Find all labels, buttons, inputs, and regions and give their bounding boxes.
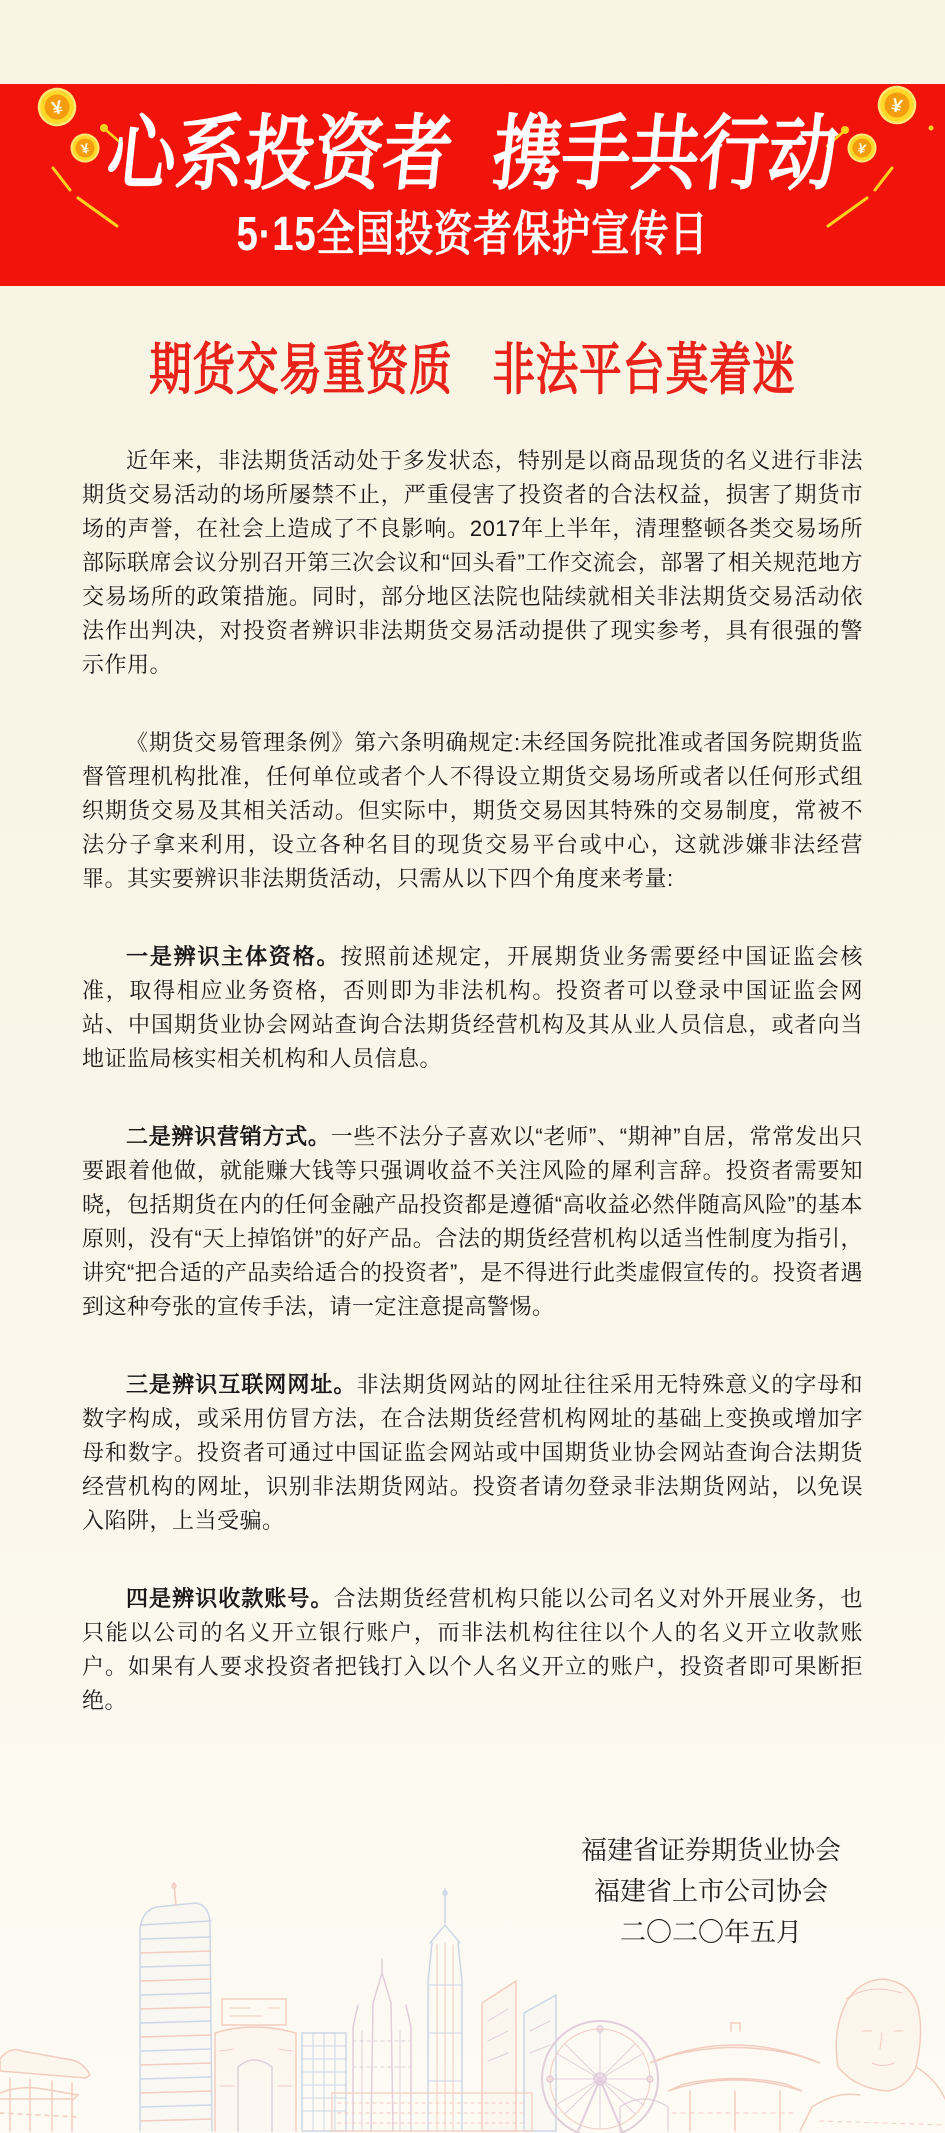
paragraph-text: 一些不法分子喜欢以“老师”、“期神”自居，常常发出只要跟着他做，就能赚大钱等只强… (82, 1124, 863, 1319)
streak (53, 168, 70, 190)
coin-icon: ¥ (875, 84, 919, 127)
paragraph-lead: 一是辨识主体资格。 (126, 944, 340, 969)
grid-building (302, 2033, 346, 2131)
article-title: 期货交易重资质 非法平台莫着迷 (113, 342, 831, 398)
paragraph-text: 近年来，非法期货活动处于多发状态，特别是以商品现货的名义进行非法期货交易活动的场… (82, 448, 863, 677)
paragraph: 二是辨识营销方式。一些不法分子喜欢以“老师”、“期神”自居，常常发出只要跟着他做… (82, 1120, 863, 1324)
statue (800, 1979, 945, 2131)
ferris-wheel-icon (542, 2021, 658, 2133)
paragraph-lead: 四是辨识收款账号。 (126, 1586, 333, 1611)
slab-towers (482, 1981, 556, 2131)
signature-block: 福建省证券期货业协会 福建省上市公司协会 二〇二〇年五月 (561, 1830, 861, 1953)
banner-subtitle: 5·15全国投资者保护宣传日 (95, 211, 851, 259)
arch-building (215, 1999, 296, 2131)
temple-hall (650, 2023, 820, 2131)
poster-page: ¥ ¥ ¥ ¥ (0, 0, 945, 2133)
coin-icon: ¥ (35, 85, 79, 129)
paragraph-lead: 三是辨识互联网网址。 (126, 1372, 356, 1397)
banner-title: 心系投资者 携手共行动 (71, 114, 873, 196)
spark-dot (929, 126, 934, 131)
article: 期货交易重资质 非法平台莫着迷 近年来，非法期货活动处于多发状态，特别是以商品现… (0, 286, 945, 1953)
paragraph: 四是辨识收款账号。合法期货经营机构只能以公司名义对外开展业务，也只能以公司的名义… (82, 1582, 863, 1718)
streak (875, 168, 892, 190)
paragraph: 三是辨识互联网网址。非法期货网站的网址往往采用无特殊意义的字母和数字构成，或采用… (82, 1368, 863, 1538)
spire-tower (353, 1959, 411, 2131)
base-buildings (332, 2093, 668, 2131)
signature-line: 福建省上市公司协会 (561, 1871, 861, 1912)
signature-line: 福建省证券期货业协会 (561, 1830, 861, 1871)
paragraph-text: 《期货交易管理条例》第六条明确规定:未经国务院批准或者国务院期货监督管理机构批准… (82, 730, 863, 891)
paragraph: 近年来，非法期货活动处于多发状态，特别是以商品现货的名义进行非法期货交易活动的场… (82, 444, 863, 682)
signature-line: 二〇二〇年五月 (561, 1912, 861, 1953)
banner: ¥ ¥ ¥ ¥ (0, 84, 945, 286)
temple-gate (0, 2050, 90, 2131)
article-body: 近年来，非法期货活动处于多发状态，特别是以商品现货的名义进行非法期货交易活动的场… (82, 444, 863, 1718)
paragraph: 一是辨识主体资格。按照前述规定，开展期货业务需要经中国证监会核准，取得相应业务资… (82, 940, 863, 1076)
paragraph: 《期货交易管理条例》第六条明确规定:未经国务院批准或者国务院期货监督管理机构批准… (82, 726, 863, 896)
paragraph-lead: 二是辨识营销方式。 (126, 1124, 331, 1149)
